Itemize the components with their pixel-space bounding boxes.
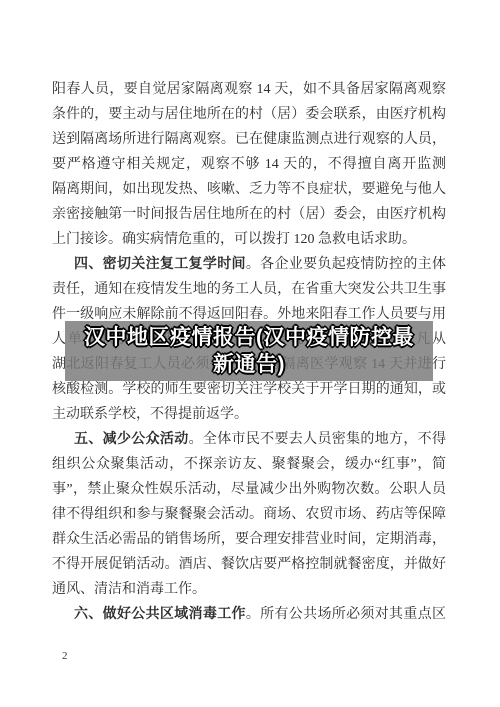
document-line: 群众生活必需品的销售场所，要合理安排营业时间，定期消毒， xyxy=(52,527,446,552)
document-line: 送到隔离场所进行隔离观察。已在健康监测点进行观察的人员， xyxy=(52,127,446,152)
text-segment: 群众生活必需品的销售场所，要合理安排营业时间，定期消毒， xyxy=(52,532,446,547)
overlay-title-line-1: 汉中地区疫情报告(汉中疫情防控最 xyxy=(84,324,414,351)
text-segment: 不得开展促销活动。酒店、餐饮店要严格控制就餐密度，并做好 xyxy=(52,557,446,572)
text-segment: 责任，通知在疫情发生地的务工人员，在省重大突发公共卫生事 xyxy=(52,282,446,297)
overlay-title-line-2: 新通告) xyxy=(213,351,285,378)
text-segment: 。所有公共场所必须对其重点区 xyxy=(246,607,446,622)
text-segment: 件一级响应未解除前不得返回阳春。外地来阳春工作人员要与用 xyxy=(52,307,446,322)
section-heading: 五、减少公众活动 xyxy=(74,432,189,447)
document-line: 组织公众聚集活动，不探亲访友、聚餐聚会，缓办“红事”，简办“白 xyxy=(52,452,446,477)
text-segment: 要严格遵守相关规定，观察不够 14 天的，不得擅自离开监测点。 xyxy=(52,157,446,177)
document-line: 四、密切关注复工复学时间。各企业要负起疫情防控的主体 xyxy=(52,252,446,277)
text-segment: 阳春人员，要自觉居家隔离观察 14 天，如不具备居家隔离观察 xyxy=(52,82,446,97)
text-segment: 主动联系学校，不得提前返学。 xyxy=(52,407,248,422)
page-number: 2 xyxy=(62,650,68,662)
document-line: 主动联系学校，不得提前返学。 xyxy=(52,402,446,427)
document-line: 阳春人员，要自觉居家隔离观察 14 天，如不具备居家隔离观察 xyxy=(52,77,446,102)
document-line: 上门接诊。确实病情危重的，可以拨打 120 急救电话求助。 xyxy=(52,227,446,252)
document-line: 要严格遵守相关规定，观察不够 14 天的，不得擅自离开监测点。 xyxy=(52,152,446,177)
title-overlay: 汉中地区疫情报告(汉中疫情防控最 新通告) xyxy=(65,321,433,381)
text-segment: 上门接诊。确实病情危重的，可以拨打 120 急救电话求助。 xyxy=(52,232,416,247)
text-segment: 组织公众聚集活动，不探亲访友、聚餐聚会，缓办“红事”，简办“白 xyxy=(52,457,446,477)
document-line: 责任，通知在疫情发生地的务工人员，在省重大突发公共卫生事 xyxy=(52,277,446,302)
document-line: 通风、清洁和消毒工作。 xyxy=(52,577,446,602)
section-heading: 四、密切关注复工复学时间 xyxy=(74,257,246,272)
document-line: 六、做好公共区域消毒工作。所有公共场所必须对其重点区 xyxy=(52,602,446,627)
document-line: 条件的，要主动与居住地所在的村（居）委会联系，由医疗机构 xyxy=(52,102,446,127)
text-segment: 亲密接触第一时间报告居住地所在的村（居）委会，由医疗机构 xyxy=(52,207,446,222)
text-segment: 。全体市民不要去人员密集的地方，不得 xyxy=(189,432,446,447)
text-segment: 通风、清洁和消毒工作。 xyxy=(52,582,206,597)
text-segment: 律不得组织和参与聚餐聚会活动。商场、农贸市场、药店等保障 xyxy=(52,507,446,522)
document-page: { "page": { "background": "#ffffff", "pa… xyxy=(0,0,500,707)
text-segment: 。各企业要负起疫情防控的主体 xyxy=(246,257,446,272)
document-line: 律不得组织和参与聚餐聚会活动。商场、农贸市场、药店等保障 xyxy=(52,502,446,527)
text-segment: 隔离期间，如出现发热、咳嗽、乏力等不良症状，要避免与他人 xyxy=(52,182,446,197)
text-segment: 条件的，要主动与居住地所在的村（居）委会联系，由医疗机构 xyxy=(52,107,446,122)
document-line: 五、减少公众活动。全体市民不要去人员密集的地方，不得 xyxy=(52,427,446,452)
text-segment: 核酸检测。学校的师生要密切关注学校关于开学日期的通知，或 xyxy=(52,382,446,397)
section-heading: 六、做好公共区域消毒工作 xyxy=(74,607,246,622)
document-line: 隔离期间，如出现发热、咳嗽、乏力等不良症状，要避免与他人 xyxy=(52,177,446,202)
document-line: 事”，禁止聚众性娱乐活动，尽量减少出外购物次数。公职人员一 xyxy=(52,477,446,502)
text-segment: 事”，禁止聚众性娱乐活动，尽量减少出外购物次数。公职人员一 xyxy=(52,482,446,502)
document-line: 不得开展促销活动。酒店、餐饮店要严格控制就餐密度，并做好 xyxy=(52,552,446,577)
document-line: 亲密接触第一时间报告居住地所在的村（居）委会，由医疗机构 xyxy=(52,202,446,227)
text-segment: 送到隔离场所进行隔离观察。已在健康监测点进行观察的人员， xyxy=(52,132,446,147)
